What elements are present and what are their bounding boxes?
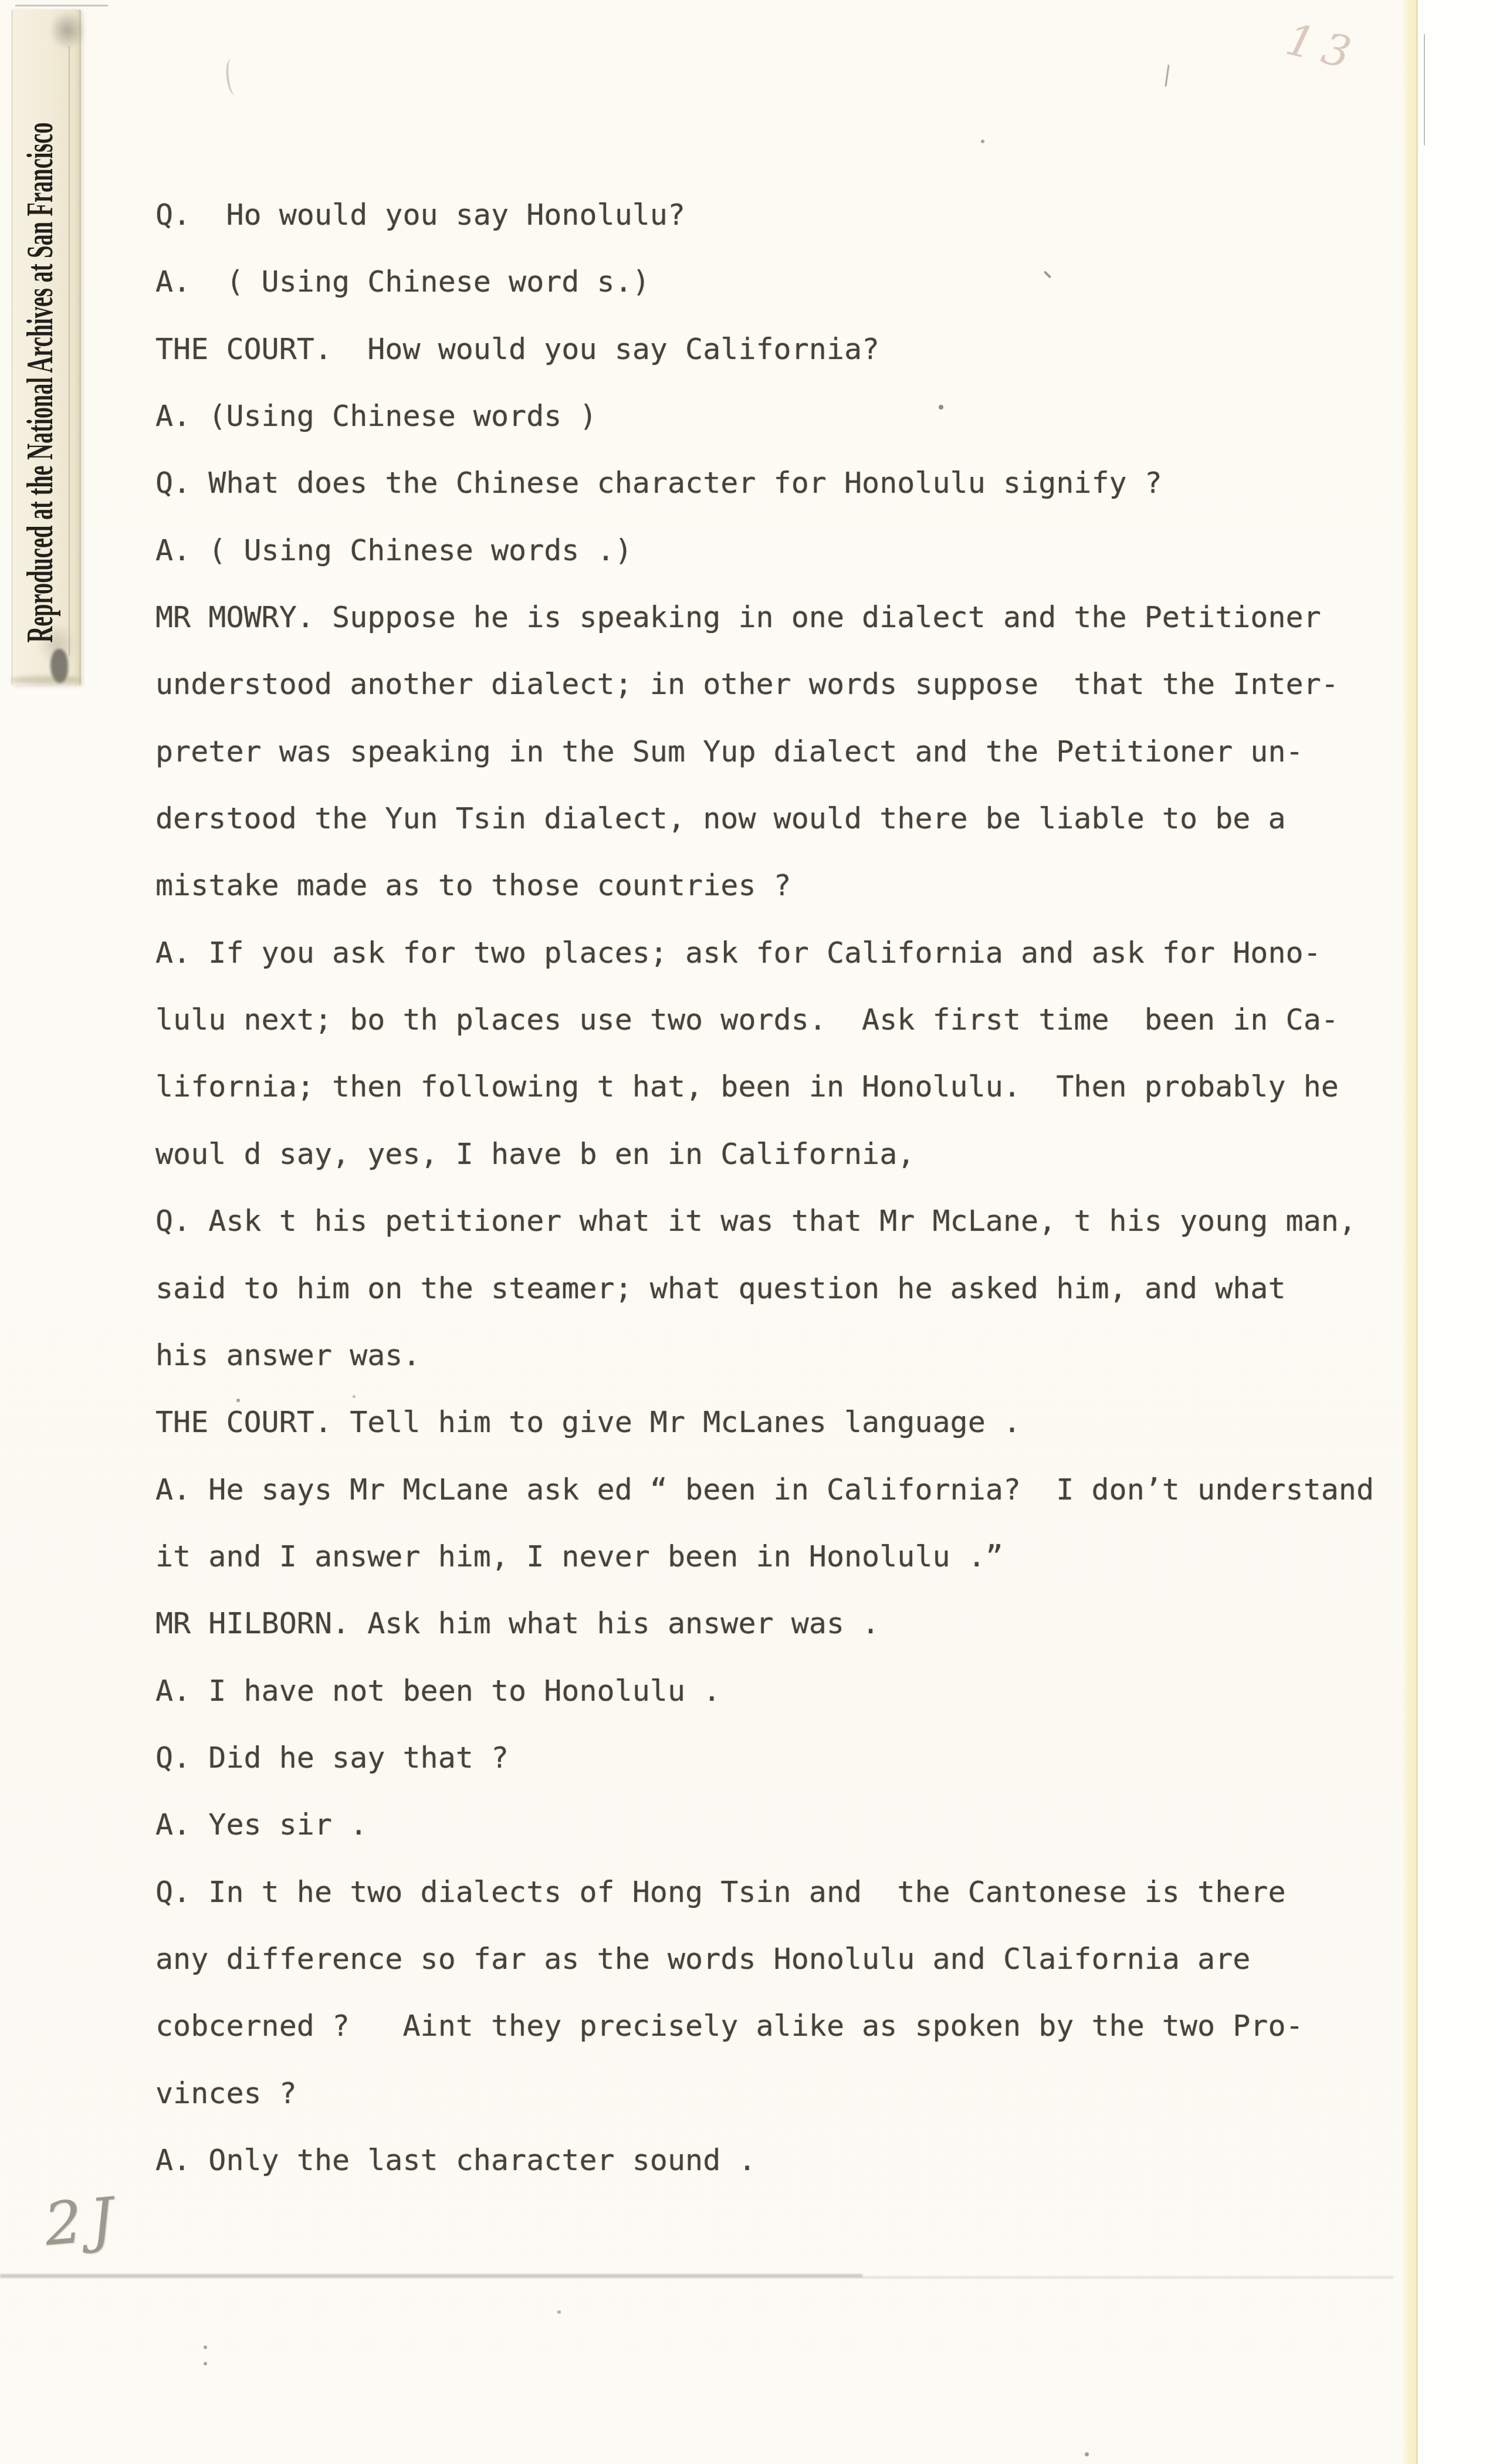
scan-speck: [557, 2310, 561, 2314]
scan-speck: [236, 1399, 240, 1402]
transcript-line: A. Only the last character sound .: [155, 2127, 1446, 2194]
scan-speck: [353, 1395, 356, 1398]
handwritten-page-number: 2J: [42, 2184, 124, 2259]
transcript-line: any difference so far as the words Honol…: [155, 1925, 1446, 1992]
transcript-line: his answer was.: [155, 1322, 1446, 1389]
transcript-line: understood another dialect; in other wor…: [155, 651, 1446, 717]
transcript-line: Q. Ask t his petitioner what it was that…: [155, 1187, 1446, 1254]
tape-smudge-top: [49, 12, 86, 49]
scan-artifact-streak: [862, 2276, 1393, 2279]
transcript-line: A. (Using Chinese words ): [155, 383, 1446, 449]
scan-speck: [1085, 2452, 1089, 2456]
transcript-line: MR MOWRY. Suppose he is speaking in one …: [155, 584, 1446, 651]
transcript-line: Q. Ho would you say Honolulu?: [155, 181, 1446, 248]
transcript-line: woul d say, yes, I have b en in Californ…: [155, 1121, 1446, 1187]
transcript-line: preter was speaking in the Sum Yup diale…: [155, 718, 1446, 785]
transcript-line: it and I answer him, I never been in Hon…: [155, 1523, 1446, 1590]
transcript-line: cobcerned ? Aint they precisely alike as…: [155, 1992, 1446, 2059]
archive-stamp-text: Reproduced at the National Archives at S…: [18, 122, 62, 642]
scan-speck: [939, 405, 943, 409]
scan-artifact-streak: [0, 2274, 862, 2278]
transcript-line: Q. What does the Chinese character for H…: [155, 449, 1446, 516]
transcript-line: A. ( Using Chinese words .): [155, 517, 1446, 584]
transcript-line: A. ( Using Chinese word s.): [155, 248, 1446, 315]
transcript-line: Q. Did he say that ?: [155, 1724, 1446, 1791]
transcript-line: lifornia; then following t hat, been in …: [155, 1053, 1446, 1120]
transcript-line: A. Yes sir .: [155, 1791, 1446, 1858]
transcript: Q. Ho would you say Honolulu? A. ( Using…: [155, 181, 1446, 2194]
transcript-line: A. I have not been to Honolulu .: [155, 1657, 1446, 1724]
scan-speck: [204, 2345, 207, 2349]
scan-artifact-top-line: [15, 5, 108, 6]
tape-crease: [69, 46, 70, 656]
transcript-line: MR HILBORN. Ask him what his answer was …: [155, 1590, 1446, 1657]
scan-speck: [204, 2362, 207, 2365]
transcript-line: THE COURT. How would you say California?: [155, 316, 1446, 383]
scan-speck: [981, 140, 984, 143]
transcript-line: THE COURT. Tell him to give Mr McLanes l…: [155, 1389, 1446, 1456]
transcript-line: A. He says Mr McLane ask ed “ been in Ca…: [155, 1456, 1446, 1523]
scan-speck: [1424, 34, 1425, 145]
scanned-document-page: Reproduced at the National Archives at S…: [0, 0, 1496, 2464]
transcript-line: Q. In t he two dialects of Hong Tsin and…: [155, 1859, 1446, 1925]
transcript-line: mistake made as to those countries ?: [155, 852, 1446, 919]
tape-bottom-edge-shadow: [11, 676, 81, 684]
transcript-line: vinces ?: [155, 2060, 1446, 2127]
transcript-line: said to him on the steamer; what questio…: [155, 1255, 1446, 1322]
transcript-line: A. If you ask for two places; ask for Ca…: [155, 919, 1446, 986]
transcript-line: lulu next; bo th places use two words. A…: [155, 986, 1446, 1053]
transcript-line: derstood the Yun Tsin dialect, now would…: [155, 785, 1446, 852]
